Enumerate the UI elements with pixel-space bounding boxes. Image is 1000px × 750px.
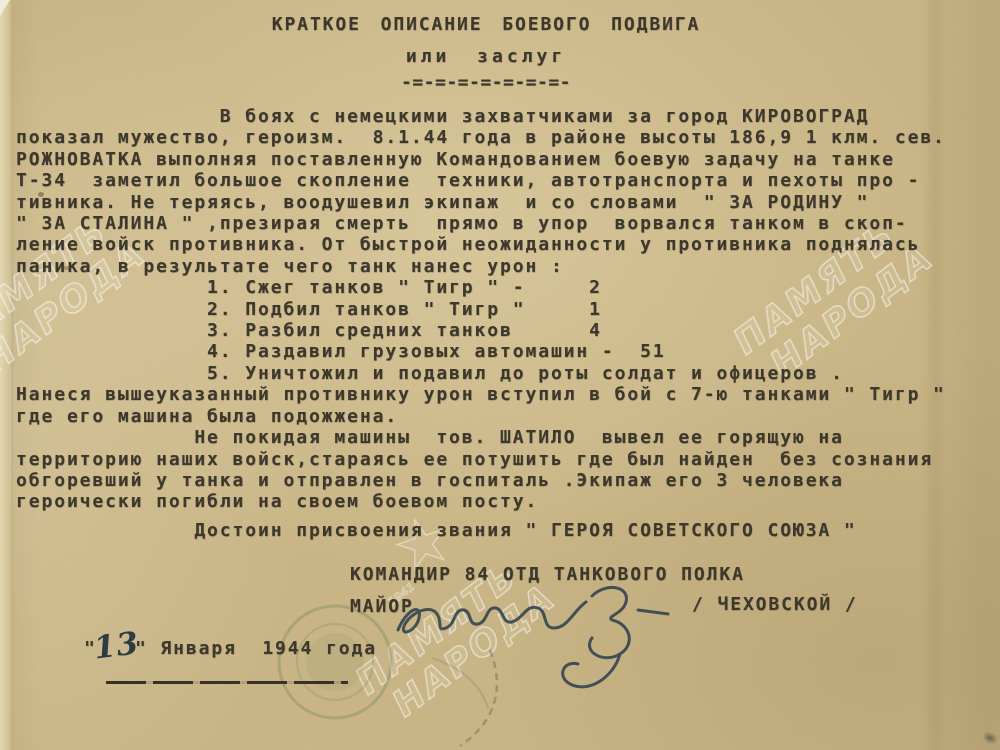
body-line: " ЗА СТАЛИНА " ,презирая смерть прямо в … (16, 213, 946, 234)
body-line: Не покидая машины тов. ШАТИЛО вывел ее г… (16, 427, 946, 448)
damage-list-item: 1. Сжег танков " Тигр " - 2 (16, 277, 946, 298)
body-line: тивника. Не теряясь, воодушевил экипаж и… (16, 192, 946, 213)
document-title: КРАТКОЕ ОПИСАНИЕ БОЕВОГО ПОДВИГА (0, 14, 972, 35)
body-line: РОЖНОВАТКА выполняя поставленную Командо… (16, 149, 946, 170)
damage-list-item: 5. Уничтожил и подавил до роты солдат и … (16, 363, 946, 384)
damage-list-item: 3. Разбил средних танков 4 (16, 320, 946, 341)
heading-separator: -=-=-=-=-=-=-=- (0, 72, 972, 93)
damage-list-item: 2. Подбил танков " Тигр " 1 (16, 299, 946, 320)
date-line: " " Января 1944 года (84, 638, 377, 659)
damage-list-item: 4. Раздавил грузовых автомашин - 51 (16, 341, 946, 362)
signature-ink (372, 572, 702, 707)
body-line: территорию наших войск,стараясь ее потуш… (16, 449, 946, 470)
body-line: паника, в результате чего танк нанес уро… (16, 256, 946, 277)
scanned-document-page: ПАМЯТЬ НАРОДА ПАМЯТЬ НАРОДА ★ 1941 ПАМЯТ… (0, 0, 1000, 750)
body-line: обгоревший у танка и отправлен в госпита… (16, 470, 946, 491)
body-line: Т-34 заметил большое скопление техники, … (16, 170, 946, 191)
ink-smudge (980, 729, 1000, 747)
commander-title-line: КОМАНДИР 84 ОТД ТАНКОВОГО ПОЛКА (350, 564, 745, 585)
date-underline (106, 681, 348, 684)
body-line: где его машина была подожжена. (16, 406, 946, 427)
rank-label: МАЙОР (350, 596, 414, 617)
document-subtitle: или заслуг (0, 46, 972, 67)
page-left-edge (0, 0, 13, 750)
conclusion-line: Достоин присвоения звания " ГЕРОЯ СОВЕТС… (16, 520, 946, 541)
body-line: В боях с немецкими захватчиками за город… (16, 106, 946, 127)
body-line: героически погибли на своем боевом посту… (16, 491, 946, 512)
body-line: показал мужество, героизм. 8.1.44 года в… (16, 127, 946, 148)
body-line: ление войск противника. От быстрой неожи… (16, 234, 946, 255)
body-line: Нанеся вышеуказанный противнику урон вст… (16, 384, 946, 405)
document-body: В боях с немецкими захватчиками за город… (16, 106, 946, 541)
signed-name: / ЧЕХОВСКОЙ / (692, 594, 858, 615)
